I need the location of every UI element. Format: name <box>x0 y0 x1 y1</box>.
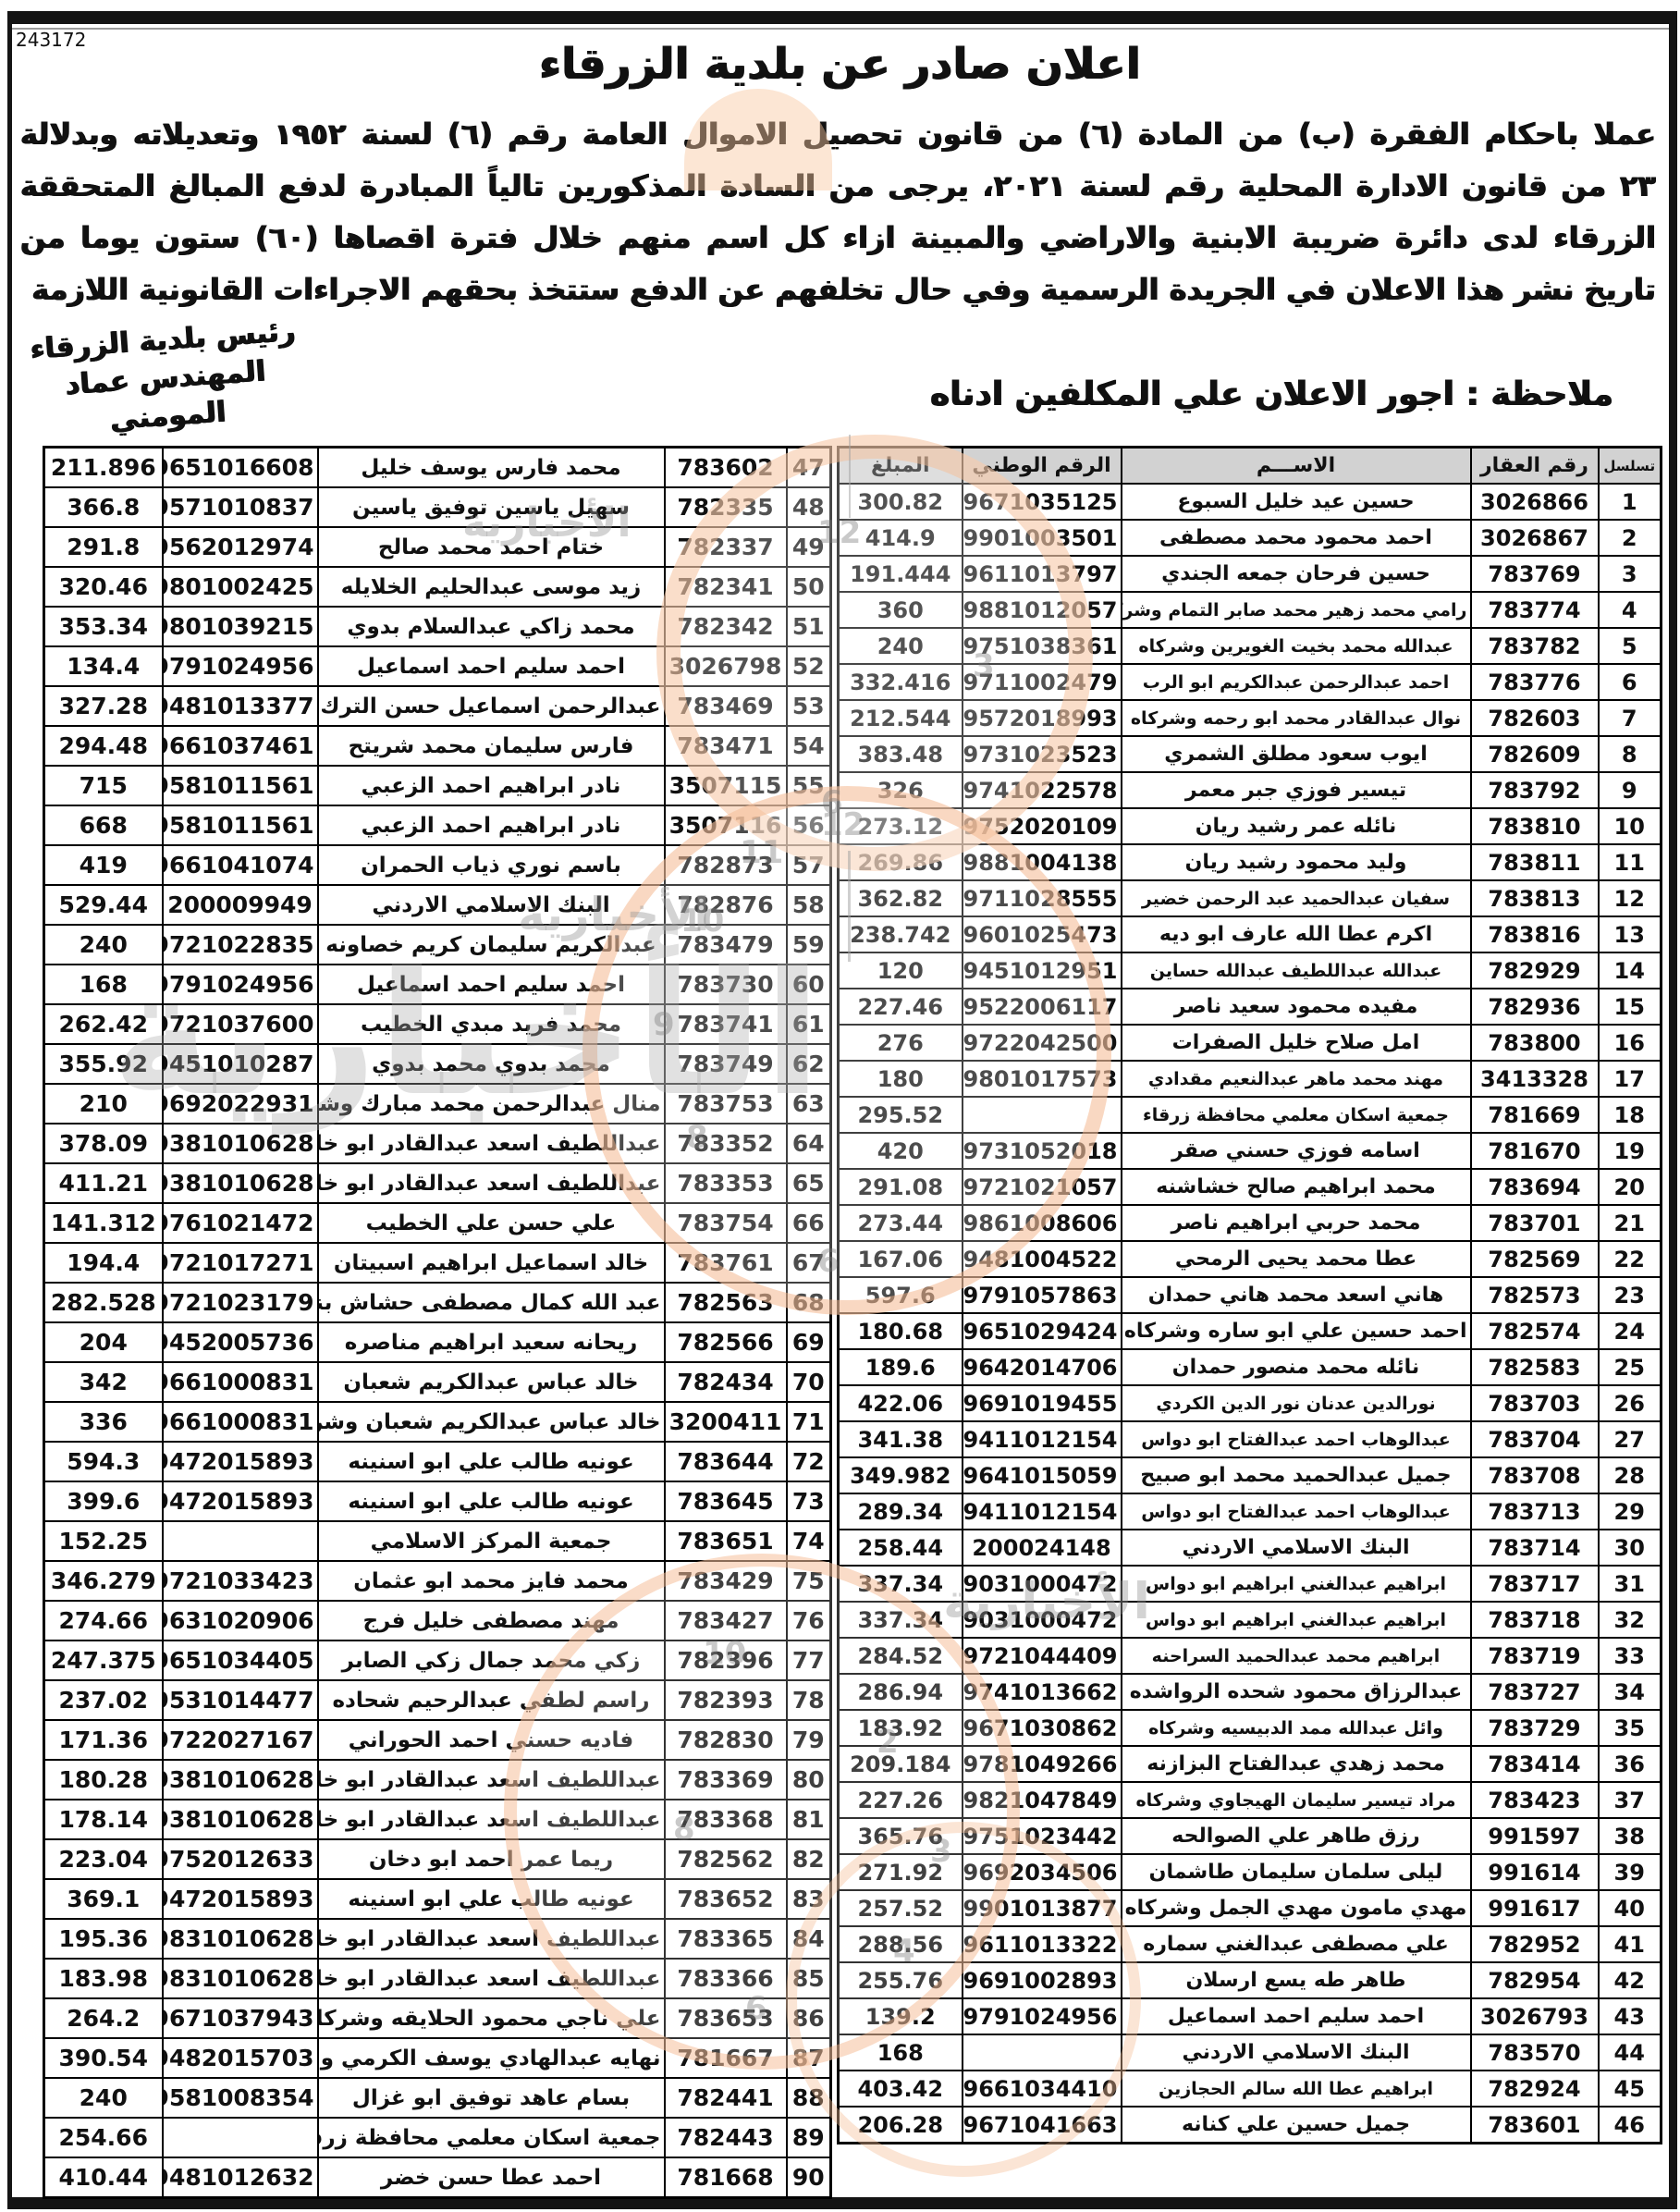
table-row: 37783423مراد تيسير سليمان الهيجاوي وشركا… <box>839 1782 1662 1818</box>
cell-property: 783469 <box>665 686 787 726</box>
table-row: 38991597رزق طاهر علي الصوالحه97510234423… <box>839 1818 1662 1854</box>
cell-national-id: 9881012057 <box>963 592 1122 628</box>
cell-property: 782924 <box>1471 2071 1599 2107</box>
cell-property: 782936 <box>1471 989 1599 1025</box>
table-row: 8782609ايوب سعود مطلق الشمري973102352338… <box>839 736 1662 772</box>
table-row: 39991614ليلى سلمان سليمان طاشمان96920345… <box>839 1854 1662 1890</box>
table-row: 9783792تيسير فوزي جبر معمر9741022578326 <box>839 772 1662 808</box>
cell-serial: 52 <box>787 646 831 686</box>
table-row: 433026793احمد سليم احمد اسماعيل979102495… <box>839 1998 1662 2034</box>
cell-amount: 178.14 <box>44 1800 163 1839</box>
cell-amount: 274.66 <box>44 1601 163 1641</box>
cell-property: 783369 <box>665 1760 787 1800</box>
table-row: 46783601جميل حسين علي كنانه9671041663206… <box>839 2107 1662 2144</box>
cell-name: علي حسن علي الخطيب <box>318 1203 665 1243</box>
cell-name: ابراهيم محمد عبدالحميد السراحنه <box>1122 1638 1471 1674</box>
cell-name: احمد سليم احمد اسماعيل <box>318 646 665 686</box>
cell-property: 783718 <box>1471 1602 1599 1638</box>
table-row: 57782873باسم نوري ذياب الحمران9661041074… <box>44 845 831 885</box>
cell-national-id: 9641015059 <box>963 1457 1122 1493</box>
cell-serial: 57 <box>787 845 831 885</box>
cell-national-id: 9642014706 <box>963 1349 1122 1385</box>
cell-name: عبداللطيف اسعد عبدالقادر ابو خليل وشركاه <box>318 1919 665 1959</box>
cell-national-id: 9731023523 <box>963 736 1122 772</box>
cell-property: 781667 <box>665 2038 787 2078</box>
cell-serial: 85 <box>787 1959 831 1998</box>
right-border <box>1669 11 1677 2209</box>
cell-serial: 55 <box>787 766 831 805</box>
cell-national-id: 9791024956 <box>963 1998 1122 2034</box>
cell-serial: 51 <box>787 607 831 646</box>
cell-amount: 209.184 <box>839 1746 963 1782</box>
cell-amount: 273.12 <box>839 808 963 844</box>
body-line-1: عملا باحكام الفقرة (ب) من المادة (٦) من … <box>20 107 1656 159</box>
cell-amount: 597.6 <box>839 1277 963 1313</box>
table-row: 18781669جمعية اسكان معلمي محافظة زرقاء29… <box>839 1097 1662 1133</box>
cell-amount: 206.28 <box>839 2107 963 2144</box>
cell-serial: 67 <box>787 1243 831 1283</box>
cell-property: 783701 <box>1471 1205 1599 1241</box>
cell-property: 782335 <box>665 487 787 527</box>
cell-property: 783645 <box>665 1481 787 1521</box>
cell-amount: 180.28 <box>44 1760 163 1800</box>
cell-national-id: 9452005736 <box>163 1322 318 1362</box>
table-row: 32783718ابراهيم عبدالغني ابراهيم ابو دوا… <box>839 1602 1662 1638</box>
cell-national-id: 9522006117 <box>963 989 1122 1025</box>
cell-amount: 276 <box>839 1025 963 1061</box>
cell-amount: 295.52 <box>839 1097 963 1133</box>
table-row: 16783800امل صلاح خليل الصفرات97220425002… <box>839 1025 1662 1061</box>
cell-amount: 167.06 <box>839 1241 963 1277</box>
cell-name: محمد بدوي محمد بدوي <box>318 1044 665 1084</box>
cell-amount: 369.1 <box>44 1879 163 1919</box>
cell-name: احمد سليم احمد اسماعيل <box>1122 1998 1471 2034</box>
cell-amount: 262.42 <box>44 1004 163 1044</box>
table-row: 15782936مفيده محمود سعيد ناصر95220061172… <box>839 989 1662 1025</box>
cell-national-id: 9831010628 <box>163 1919 318 1959</box>
cell-national-id: 9752012633 <box>163 1839 318 1879</box>
cell-amount: 360 <box>839 592 963 628</box>
table-row: 78782393راسم لطفي عبدالرحيم شحاده9531014… <box>44 1680 831 1720</box>
cell-name: نهايه عبدالهادي يوسف الكرمي وشركاه <box>318 2038 665 2078</box>
cell-property: 781670 <box>1471 1133 1599 1169</box>
cell-property: 782583 <box>1471 1349 1599 1385</box>
cell-national-id: 9661041074 <box>163 845 318 885</box>
cell-serial: 7 <box>1599 700 1662 736</box>
cell-serial: 5 <box>1599 628 1662 664</box>
cell-name: نوال عبدالقادر محمد ابو رحمه وشركاه <box>1122 700 1471 736</box>
cell-amount: 189.6 <box>839 1349 963 1385</box>
cell-property: 782830 <box>665 1720 787 1760</box>
cell-national-id: 9711028555 <box>963 880 1122 916</box>
cell-property: 783810 <box>1471 808 1599 844</box>
cell-amount: 282.528 <box>44 1283 163 1322</box>
cell-name: زيد موسى عبدالحليم الخلايله <box>318 567 665 607</box>
cell-serial: 29 <box>1599 1493 1662 1530</box>
cell-property: 783761 <box>665 1243 787 1283</box>
cell-serial: 33 <box>1599 1638 1662 1674</box>
cell-amount: 378.09 <box>44 1124 163 1163</box>
cell-serial: 50 <box>787 567 831 607</box>
table-row: 31783717ابراهيم عبدالغني ابراهيم ابو دوا… <box>839 1566 1662 1602</box>
table-row: 24782574احمد حسين علي ابو ساره وشركاه965… <box>839 1313 1662 1349</box>
cell-amount: 120 <box>839 952 963 989</box>
table-row: 7782603نوال عبدالقادر محمد ابو رحمه وشرك… <box>839 700 1662 736</box>
cell-property: 3026798 <box>665 646 787 686</box>
cell-amount: 204 <box>44 1322 163 1362</box>
cell-national-id <box>963 1097 1122 1133</box>
cell-serial: 15 <box>1599 989 1662 1025</box>
cell-serial: 41 <box>1599 1926 1662 1962</box>
cell-amount: 255.76 <box>839 1962 963 1998</box>
cell-name: خالد عباس عبدالكريم شعبان <box>318 1362 665 1402</box>
cell-property: 991614 <box>1471 1854 1599 1890</box>
table-row: 49782337ختام احمد محمد صالح9562012974291… <box>44 527 831 567</box>
cell-property: 783713 <box>1471 1493 1599 1530</box>
cell-serial: 61 <box>787 1004 831 1044</box>
cell-amount: 240 <box>44 925 163 965</box>
cell-name: نورالدين عدنان نور الدين الكردي <box>1122 1385 1471 1421</box>
table-row: 12783813سفيان عبدالحميد عبد الرحمن خضير9… <box>839 880 1662 916</box>
table-row: 90781668احمد عطا حسن خضر9481012632410.44 <box>44 2157 831 2198</box>
table-row: 60783730احمد سليم احمد اسماعيل9791024956… <box>44 965 831 1004</box>
cell-national-id: 9831010628 <box>163 1959 318 1998</box>
cell-national-id: 9752020109 <box>963 808 1122 844</box>
cell-serial: 19 <box>1599 1133 1662 1169</box>
cell-serial: 86 <box>787 1998 831 2038</box>
cell-national-id: 9711002479 <box>963 664 1122 700</box>
body-line-4: تاريخ نشر هذا الاعلان في الجريدة الرسمية… <box>20 263 1656 314</box>
table-row: 11783811وليد محمود رشيد ريان988100413826… <box>839 844 1662 880</box>
cell-property: 783694 <box>1471 1169 1599 1205</box>
cell-amount: 529.44 <box>44 885 163 925</box>
cell-national-id: 9881004138 <box>963 844 1122 880</box>
cell-property: 782573 <box>1471 1277 1599 1313</box>
cell-national-id: 9601025473 <box>963 916 1122 952</box>
cell-name: ابراهيم عطا الله سالم الحجازين <box>1122 2071 1471 2107</box>
cell-property: 3026867 <box>1471 520 1599 556</box>
cell-amount: 366.8 <box>44 487 163 527</box>
left-border <box>7 11 12 2209</box>
cell-serial: 18 <box>1599 1097 1662 1133</box>
cell-name: عونيه طالب علي ابو اسنينه <box>318 1442 665 1481</box>
cell-national-id: 9482015703 <box>163 2038 318 2078</box>
cell-property: 783730 <box>665 965 787 1004</box>
cell-property: 783813 <box>1471 880 1599 916</box>
cell-amount: 168 <box>839 2034 963 2071</box>
cell-national-id: 9671041663 <box>963 2107 1122 2144</box>
cell-property: 783769 <box>1471 556 1599 592</box>
table-row: 13783816اكرم عطا الله عارف ابو ديه960102… <box>839 916 1662 952</box>
cell-name: اكرم عطا الله عارف ابو ديه <box>1122 916 1471 952</box>
cell-serial: 58 <box>787 885 831 925</box>
cell-serial: 2 <box>1599 520 1662 556</box>
cell-national-id: 9661034410 <box>963 2071 1122 2107</box>
cell-serial: 34 <box>1599 1674 1662 1710</box>
cell-name: حسين عيد خليل السبوع <box>1122 484 1471 520</box>
table-row: 61783741محمد فريد مبدي الخطيب97210376002… <box>44 1004 831 1044</box>
cell-serial: 53 <box>787 686 831 726</box>
cell-name: ريحانه سعيد ابراهيم مناصره <box>318 1322 665 1362</box>
cell-national-id: 9651029424 <box>963 1313 1122 1349</box>
cell-amount: 271.92 <box>839 1854 963 1890</box>
cell-national-id: 9801017573 <box>963 1061 1122 1097</box>
cell-national-id: 9901003501 <box>963 520 1122 556</box>
cell-national-id: 9571010837 <box>163 487 318 527</box>
table-row: 53783469عبدالرحمن اسماعيل حسن الترك94810… <box>44 686 831 726</box>
cell-name: امل صلاح خليل الصفرات <box>1122 1025 1471 1061</box>
table-row: 63783753منال عبدالرحمن محمد مبارك وشركاه… <box>44 1084 831 1124</box>
cell-property: 783714 <box>1471 1530 1599 1566</box>
cell-national-id <box>163 2118 318 2157</box>
cell-name: وليد محمود رشيد ريان <box>1122 844 1471 880</box>
cell-amount: 210 <box>44 1084 163 1124</box>
cell-name: مهند محمد ماهر عبدالنعيم مقدادي <box>1122 1061 1471 1097</box>
cell-amount: 258.44 <box>839 1530 963 1566</box>
cell-property: 783653 <box>665 1998 787 2038</box>
body-line-3: الزرقاء لدى دائرة ضريبة الابنية والاراضي… <box>20 211 1656 263</box>
cell-national-id: 9901013877 <box>963 1890 1122 1926</box>
cell-amount: 420 <box>839 1133 963 1169</box>
cell-serial: 30 <box>1599 1530 1662 1566</box>
cell-property: 991597 <box>1471 1818 1599 1854</box>
page-title: اعلان صادر عن بلدية الزرقاء <box>0 39 1680 90</box>
table-row: 10783810نائله عمر رشيد ريان9752020109273… <box>839 808 1662 844</box>
cell-name: عبداللطيف اسعد عبدالقادر ابو خليل وشركاه <box>318 1959 665 1998</box>
cell-serial: 56 <box>787 805 831 845</box>
table-row: 13026866حسين عيد خليل السبوع967103512530… <box>839 484 1662 520</box>
table-row: 54783471فارس سليمان محمد شريتح9661037461… <box>44 726 831 766</box>
cell-national-id: 9031000472 <box>963 1566 1122 1602</box>
cell-national-id: 9721021057 <box>963 1169 1122 1205</box>
cell-national-id: 9721023179 <box>163 1283 318 1322</box>
cell-amount: 286.94 <box>839 1674 963 1710</box>
cell-name: فارس سليمان محمد شريتح <box>318 726 665 766</box>
cell-amount: 390.54 <box>44 2038 163 2078</box>
cell-serial: 1 <box>1599 484 1662 520</box>
cell-national-id: 9661037461 <box>163 726 318 766</box>
cell-name: نائله عمر رشيد ريان <box>1122 808 1471 844</box>
cell-name: باسم نوري ذياب الحمران <box>318 845 665 885</box>
cell-property: 783414 <box>1471 1746 1599 1782</box>
cell-amount: 168 <box>44 965 163 1004</box>
header-property-number: رقم العقار <box>1471 448 1599 485</box>
cell-amount: 326 <box>839 772 963 808</box>
cell-property: 783353 <box>665 1163 787 1203</box>
cell-national-id: 9581011561 <box>163 805 318 845</box>
cell-national-id: 9562012974 <box>163 527 318 567</box>
table-row: 68782563عبد الله كمال مصطفى حشاش بنا9721… <box>44 1283 831 1322</box>
cell-name: البنك الاسلامي الاردني <box>1122 1530 1471 1566</box>
cell-amount: 240 <box>44 2078 163 2118</box>
cell-name: محمد زهدي عبدالفتاح البزازنه <box>1122 1746 1471 1782</box>
cell-serial: 39 <box>1599 1854 1662 1890</box>
cell-national-id: 9722042500 <box>963 1025 1122 1061</box>
cell-property: 783423 <box>1471 1782 1599 1818</box>
cell-national-id: 9381010628 <box>163 1124 318 1163</box>
cell-national-id: 9731052018 <box>963 1133 1122 1169</box>
cell-name: محمد حربي ابراهيم ناصر <box>1122 1205 1471 1241</box>
cell-property: 783811 <box>1471 844 1599 880</box>
cell-property: 783429 <box>665 1561 787 1601</box>
cell-property: 782952 <box>1471 1926 1599 1962</box>
table-row: 83783652عونيه طالب علي ابو اسنينه9472015… <box>44 1879 831 1919</box>
cell-amount: 183.92 <box>839 1710 963 1746</box>
cell-serial: 31 <box>1599 1566 1662 1602</box>
cell-property: 783644 <box>665 1442 787 1481</box>
table-row: 70782434خالد عباس عبدالكريم شعبان9661000… <box>44 1362 831 1402</box>
cell-amount: 180 <box>839 1061 963 1097</box>
cell-national-id: 9572018993 <box>963 700 1122 736</box>
cell-serial: 45 <box>1599 2071 1662 2107</box>
cell-amount: 355.92 <box>44 1044 163 1084</box>
cell-name: عبداللطيف اسعد عبدالقادر ابو خليل وشركاه <box>318 1124 665 1163</box>
cell-national-id: 9801039215 <box>163 607 318 646</box>
cell-property: 782609 <box>1471 736 1599 772</box>
cell-property: 782562 <box>665 1839 787 1879</box>
cell-name: مفيده محمود سعيد ناصر <box>1122 989 1471 1025</box>
cell-name: احمد عبدالرحمن عبدالكريم ابو الرب <box>1122 664 1471 700</box>
cell-name: البنك الاسلامي الاردني <box>1122 2034 1471 2071</box>
cell-amount: 332.416 <box>839 664 963 700</box>
cell-amount: 227.46 <box>839 989 963 1025</box>
cell-name: عبداللطيف اسعد عبدالقادر ابو خليل وشركاه <box>318 1760 665 1800</box>
cell-property: 783708 <box>1471 1457 1599 1493</box>
cell-serial: 68 <box>787 1283 831 1322</box>
cell-amount: 273.44 <box>839 1205 963 1241</box>
cell-serial: 17 <box>1599 1061 1662 1097</box>
cell-amount: 337.34 <box>839 1566 963 1602</box>
cell-amount: 365.76 <box>839 1818 963 1854</box>
cell-property: 782434 <box>665 1362 787 1402</box>
cell-serial: 62 <box>787 1044 831 1084</box>
cell-property: 783601 <box>1471 2107 1599 2144</box>
cell-national-id: 9661000831 <box>163 1402 318 1442</box>
cell-amount: 141.312 <box>44 1203 163 1243</box>
cell-serial: 32 <box>1599 1602 1662 1638</box>
table-row: 27783704عبدالوهاب احمد عبدالفتاح ابو دوا… <box>839 1421 1662 1457</box>
signature-block: رئيس بلدية الزرقاء المهندس عماد المومني <box>28 313 303 445</box>
cell-serial: 69 <box>787 1322 831 1362</box>
cell-serial: 64 <box>787 1124 831 1163</box>
cell-name: محمد ابراهيم صالح خشاشنه <box>1122 1169 1471 1205</box>
header-national-id: الرقم الوطني <box>963 448 1122 485</box>
table-row: 82782562ريما عمر احمد ابو دخان9752012633… <box>44 1839 831 1879</box>
announcement-body: عملا باحكام الفقرة (ب) من المادة (٦) من … <box>20 107 1656 314</box>
table-row: 29783713عبدالوهاب احمد عبدالفتاح ابو دوا… <box>839 1493 1662 1530</box>
cell-national-id: 9751023442 <box>963 1818 1122 1854</box>
cell-name: ايوب سعود مطلق الشمري <box>1122 736 1471 772</box>
cell-national-id: 9381010628 <box>163 1800 318 1839</box>
cell-name: احمد محمود محمد مصطفى <box>1122 520 1471 556</box>
cell-national-id <box>963 2034 1122 2071</box>
cell-property: 783741 <box>665 1004 787 1044</box>
cell-serial: 46 <box>1599 2107 1662 2144</box>
cell-national-id: 9381010628 <box>163 1163 318 1203</box>
table-row: 50782341زيد موسى عبدالحليم الخلايله98010… <box>44 567 831 607</box>
cell-serial: 59 <box>787 925 831 965</box>
cell-serial: 75 <box>787 1561 831 1601</box>
cell-property: 783774 <box>1471 592 1599 628</box>
cell-serial: 74 <box>787 1521 831 1561</box>
cell-serial: 25 <box>1599 1349 1662 1385</box>
table-row: 67783761خالد اسماعيل ابراهيم اسبيتان9721… <box>44 1243 831 1283</box>
cell-national-id: 9721017271 <box>163 1243 318 1283</box>
cell-amount: 238.742 <box>839 916 963 952</box>
cell-amount: 284.52 <box>839 1638 963 1674</box>
table-row: 36783414محمد زهدي عبدالفتاح البزازنه9781… <box>839 1746 1662 1782</box>
cell-national-id: 9691019455 <box>963 1385 1122 1421</box>
cell-national-id <box>163 1521 318 1561</box>
cell-name: عبدالوهاب احمد عبدالفتاح ابو دواس <box>1122 1493 1471 1530</box>
cell-serial: 6 <box>1599 664 1662 700</box>
cell-name: نادر ابراهيم احمد الزعبي <box>318 766 665 805</box>
cell-serial: 20 <box>1599 1169 1662 1205</box>
cell-amount: 668 <box>44 805 163 845</box>
cell-serial: 8 <box>1599 736 1662 772</box>
cell-name: عطا محمد يحيى الرمحي <box>1122 1241 1471 1277</box>
cell-amount: 223.04 <box>44 1839 163 1879</box>
top-border-bar <box>7 11 1677 24</box>
cell-property: 783365 <box>665 1919 787 1959</box>
cell-serial: 9 <box>1599 772 1662 808</box>
table-row: 74783651جمعية المركز الاسلامي152.25 <box>44 1521 831 1561</box>
cell-name: ليلى سلمان سليمان طاشمان <box>1122 1854 1471 1890</box>
table-row: 553507115نادر ابراهيم احمد الزعبي9581011… <box>44 766 831 805</box>
cell-amount: 403.42 <box>839 2071 963 2107</box>
cell-serial: 71 <box>787 1402 831 1442</box>
cell-name: عونيه طالب علي ابو اسنينه <box>318 1481 665 1521</box>
cell-amount: 247.375 <box>44 1641 163 1680</box>
cell-serial: 88 <box>787 2078 831 2118</box>
table-row: 58782876البنك الاسلامي الاردني2000099495… <box>44 885 831 925</box>
cell-national-id: 9031000472 <box>963 1602 1122 1638</box>
table-row: 20783694محمد ابراهيم صالح خشاشنه97210210… <box>839 1169 1662 1205</box>
cell-name: سهيل ياسين توفيق ياسين <box>318 487 665 527</box>
cell-property: 783816 <box>1471 916 1599 952</box>
cell-amount: 419 <box>44 845 163 885</box>
cell-amount: 264.2 <box>44 1998 163 2038</box>
cell-serial: 72 <box>787 1442 831 1481</box>
cell-amount: 257.52 <box>839 1890 963 1926</box>
cell-national-id: 9791024956 <box>163 965 318 1004</box>
cell-national-id: 9741022578 <box>963 772 1122 808</box>
cell-national-id: 9381010628 <box>163 1760 318 1800</box>
cell-national-id: 9692034506 <box>963 1854 1122 1890</box>
cell-amount: 195.36 <box>44 1919 163 1959</box>
cell-name: محمد فارس يوسف خليل <box>318 448 665 488</box>
table-row: 48782335سهيل ياسين توفيق ياسين9571010837… <box>44 487 831 527</box>
cell-amount: 254.66 <box>44 2118 163 2157</box>
cell-amount: 191.444 <box>839 556 963 592</box>
cell-property: 782569 <box>1471 1241 1599 1277</box>
cell-serial: 42 <box>1599 1962 1662 1998</box>
top-gray-line <box>7 28 1677 30</box>
cell-property: 782443 <box>665 2118 787 2157</box>
cell-serial: 28 <box>1599 1457 1662 1493</box>
table-row: 87781667نهايه عبدالهادي يوسف الكرمي وشرك… <box>44 2038 831 2078</box>
cell-name: عبدالكريم سليمان كريم خصاونه <box>318 925 665 965</box>
cell-name: علي ناجي محمود الحلايقه وشركاه <box>318 1998 665 2038</box>
cell-property: 782929 <box>1471 952 1599 989</box>
cell-name: عبدالله محمد بخيت الغويرين وشركاه <box>1122 628 1471 664</box>
cell-property: 783754 <box>665 1203 787 1243</box>
cell-name: عبد الله كمال مصطفى حشاش بنا <box>318 1283 665 1322</box>
cell-property: 782954 <box>1471 1962 1599 1998</box>
cell-serial: 14 <box>1599 952 1662 989</box>
cell-serial: 4 <box>1599 592 1662 628</box>
cell-amount: 411.21 <box>44 1163 163 1203</box>
